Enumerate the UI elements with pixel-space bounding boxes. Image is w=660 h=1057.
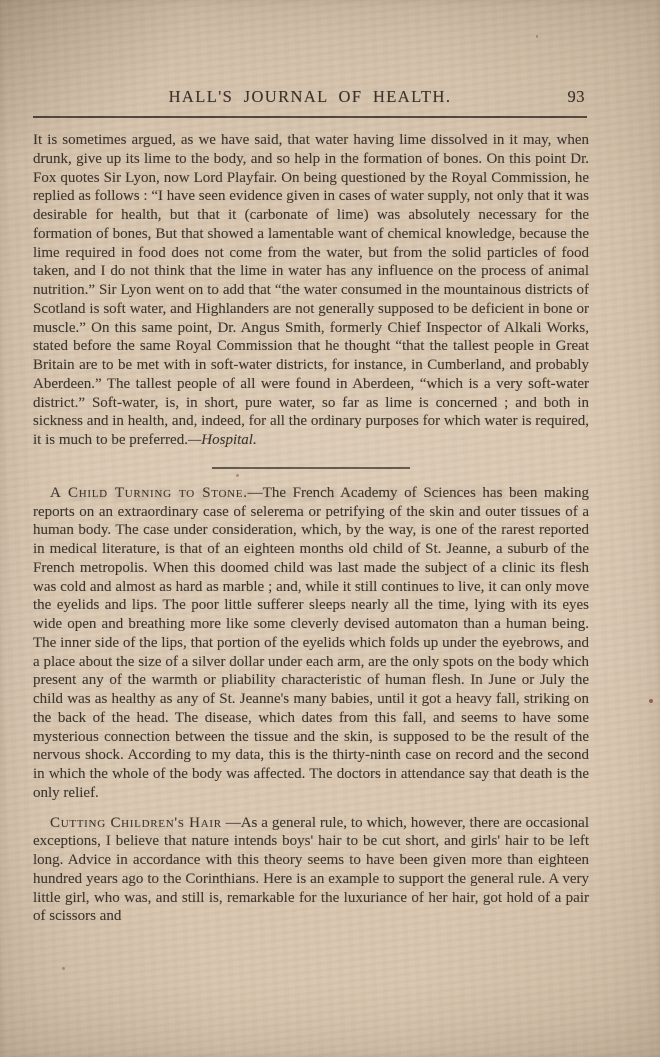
article-child-stone: A Child Turning to Stone.—The French Aca…	[33, 484, 589, 803]
journal-title: HALL'S JOURNAL OF HEALTH.	[169, 87, 452, 106]
article-cutting-hair-heading: Cutting Children's Hair	[50, 815, 222, 831]
section-divider	[212, 467, 410, 469]
page-text-block: It is sometimes argued, as we have said,…	[33, 131, 589, 926]
article-child-stone-heading: A Child Turning to Stone.	[50, 485, 248, 501]
article-water-lime-attribution: —Hospital.	[188, 432, 257, 448]
paper-speck	[62, 967, 65, 970]
article-child-stone-body: —The French Academy of Sciences has been…	[33, 485, 589, 801]
article-cutting-hair: Cutting Children's Hair —As a general ru…	[33, 814, 589, 927]
article-water-lime-body: It is sometimes argued, as we have said,…	[33, 132, 589, 448]
paper-speck	[536, 35, 538, 38]
scanned-page: HALL'S JOURNAL OF HEALTH. 93 It is somet…	[0, 0, 660, 1057]
paper-speck	[649, 699, 653, 703]
article-water-lime: It is sometimes argued, as we have said,…	[33, 131, 589, 450]
page-number: 93	[568, 87, 586, 107]
header-rule	[33, 116, 587, 118]
running-head: HALL'S JOURNAL OF HEALTH. 93	[33, 87, 587, 107]
